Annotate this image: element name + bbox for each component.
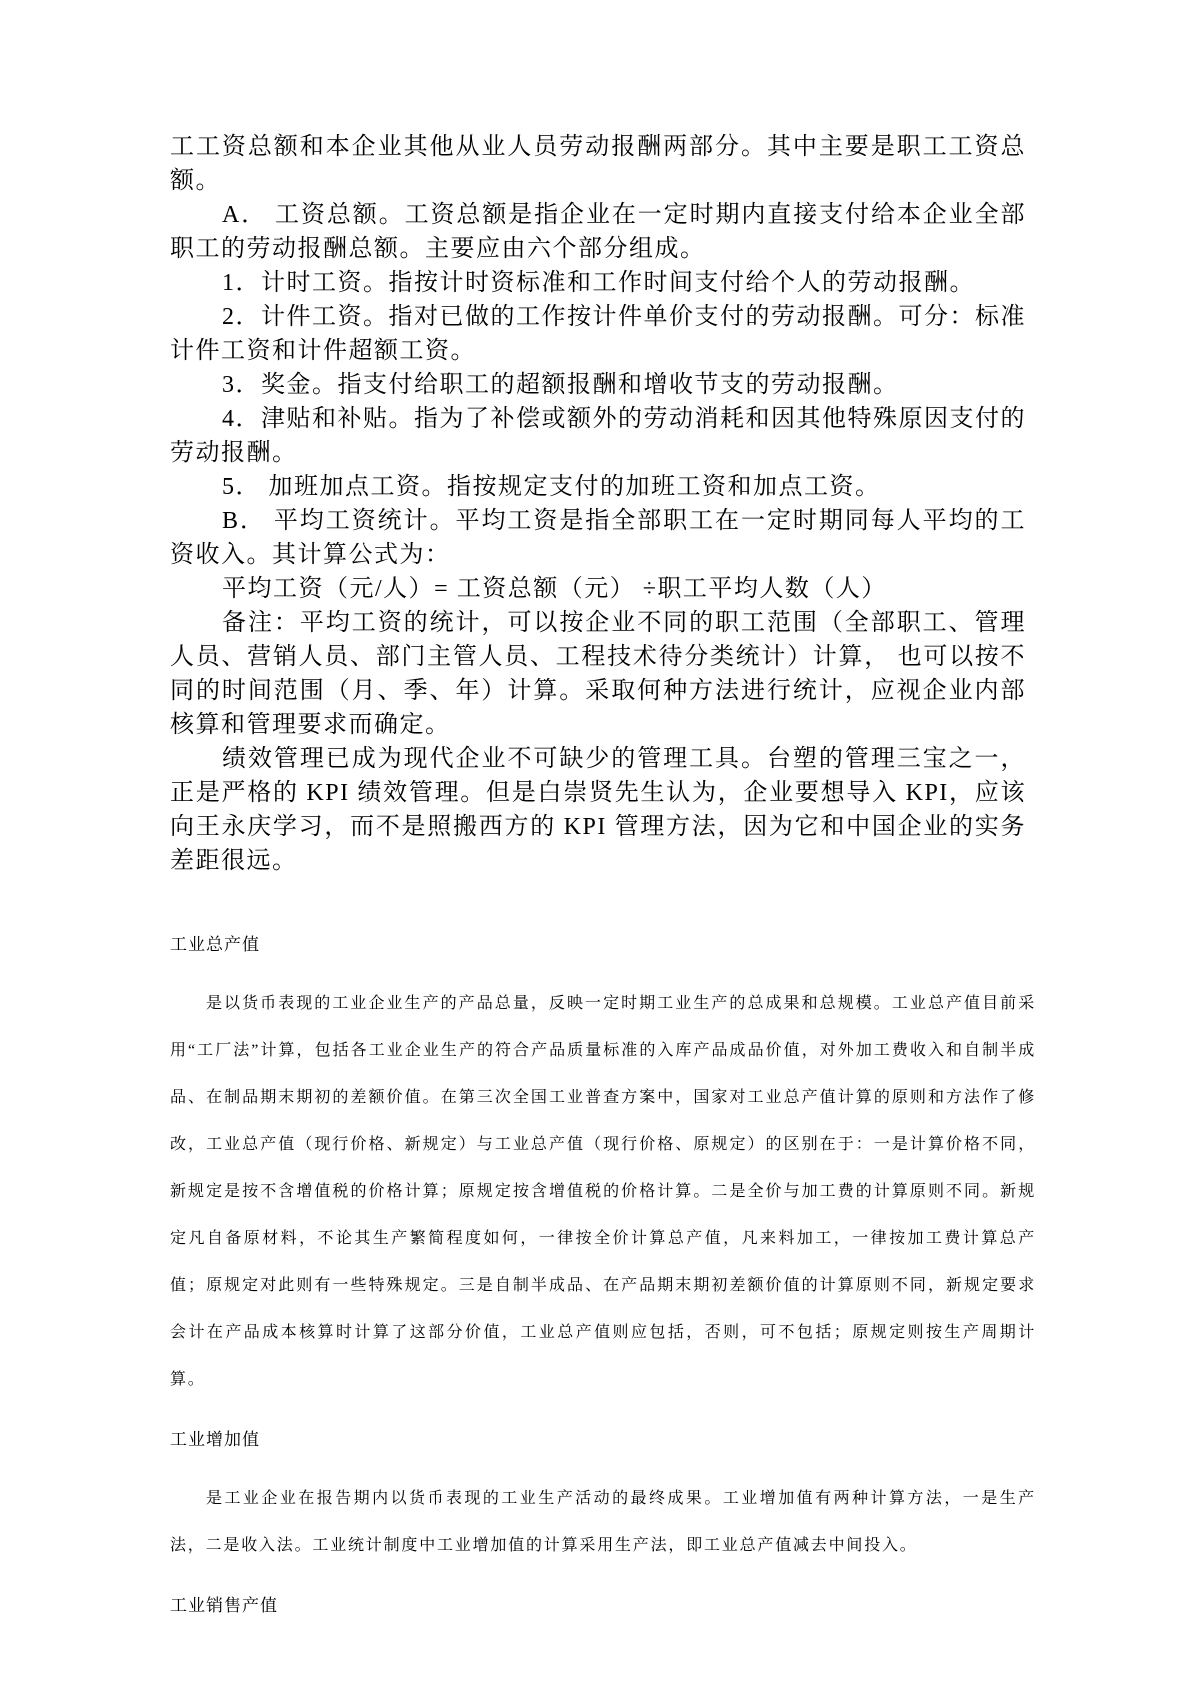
paragraph-wage-total-intro: 工工资总额和本企业其他从业人员劳动报酬两部分。其中主要是职工工资总额。 — [170, 130, 1026, 198]
paragraph-4-allowance: 4．津贴和补贴。指为了补偿或额外的劳动消耗和因其他特殊原因支付的劳动报酬。 — [170, 402, 1026, 470]
heading-industrial-sales-output: 工业销售产值 — [170, 1595, 1036, 1617]
paragraph-gross-industrial-output: 是以货币表现的工业企业生产的产品总量，反映一定时期工业生产的总成果和总规模。工业… — [170, 980, 1036, 1403]
paragraph-b-average-wage: B． 平均工资统计。平均工资是指全部职工在一定时期同每人平均的工资收入。其计算公… — [170, 504, 1026, 572]
industry-section: 工业总产值 是以货币表现的工业企业生产的产品总量，反映一定时期工业生产的总成果和… — [170, 934, 1036, 1617]
paragraph-remark: 备注：平均工资的统计，可以按企业不同的职工范围（全部职工、管理人员、营销人员、部… — [170, 606, 1026, 742]
document-content: 工工资总额和本企业其他从业人员劳动报酬两部分。其中主要是职工工资总额。 A． 工… — [170, 130, 1026, 1641]
document-page: 工工资总额和本企业其他从业人员劳动报酬两部分。其中主要是职工工资总额。 A． 工… — [0, 0, 1191, 1684]
heading-industrial-added-value: 工业增加值 — [170, 1429, 1036, 1451]
paragraph-2-piece-wage: 2．计件工资。指对已做的工作按计件单价支付的劳动报酬。可分：标准计件工资和计件超… — [170, 300, 1026, 368]
paragraph-industrial-added-value: 是工业企业在报告期内以货币表现的工业生产活动的最终成果。工业增加值有两种计算方法… — [170, 1475, 1036, 1569]
wage-section: 工工资总额和本企业其他从业人员劳动报酬两部分。其中主要是职工工资总额。 A． 工… — [170, 130, 1026, 878]
paragraph-5-overtime-wage: 5． 加班加点工资。指按规定支付的加班工资和加点工资。 — [170, 470, 1026, 504]
heading-gross-industrial-output: 工业总产值 — [170, 934, 1036, 956]
paragraph-kpi-performance: 绩效管理已成为现代企业不可缺少的管理工具。台塑的管理三宝之一，正是严格的 KPI… — [170, 742, 1026, 878]
paragraph-1-hourly-wage: 1．计时工资。指按计时资标准和工作时间支付给个人的劳动报酬。 — [170, 266, 1026, 300]
paragraph-average-wage-formula: 平均工资（元/人）= 工资总额（元） ÷职工平均人数（人） — [170, 572, 1026, 606]
paragraph-3-bonus: 3．奖金。指支付给职工的超额报酬和增收节支的劳动报酬。 — [170, 368, 1026, 402]
paragraph-a-wage-total: A． 工资总额。工资总额是指企业在一定时期内直接支付给本企业全部职工的劳动报酬总… — [170, 198, 1026, 266]
